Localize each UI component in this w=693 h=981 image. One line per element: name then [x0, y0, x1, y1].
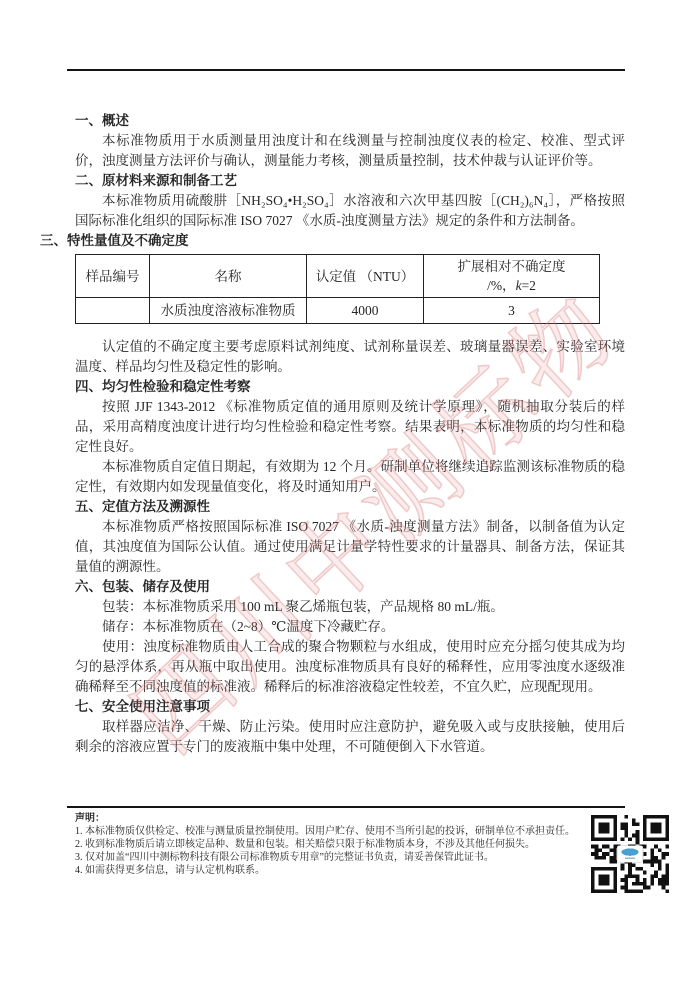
top-rule [67, 69, 625, 71]
characteristic-value-table: 样品编号 名称 认定值 （NTU） 扩展相对不确定度 /%，k=2 水质浊度溶液… [75, 254, 600, 324]
table-header-uncertainty-line2: /%，k=2 [426, 276, 597, 295]
section-7-heading: 七、安全使用注意事项 [75, 697, 625, 717]
section-4-paragraph-2: 本标准物质自定值日期起，有效期为 12 个月。研制单位将继续追踪监测该标准物质的… [75, 457, 625, 497]
section-4-heading: 四、均匀性检验和稳定性考察 [75, 377, 625, 397]
section-3-paragraph: 认定值的不确定度主要考虑原料试剂纯度、试剂称量误差、玻璃量器误差、实验室环境温度… [75, 337, 625, 377]
section-2-paragraph: 本标准物质用硫酸肼［NH₂SO₄•H₂SO₄］水溶液和六次甲基四胺［(CH₂)₆… [75, 191, 625, 231]
document-body: 一、概述 本标准物质用于水质测量用浊度计和在线测量与控制浊度仪表的检定、校准、型… [75, 111, 625, 757]
qr-code [591, 815, 669, 893]
statement-label: 声明： [75, 812, 597, 825]
section-5-paragraph: 本标准物质严格按照国际标准 ISO 7027 《水质-浊度测量方法》制备，以制备… [75, 517, 625, 577]
table-header-uncertainty: 扩展相对不确定度 /%，k=2 [424, 255, 600, 298]
section-6-heading: 六、包装、储存及使用 [75, 577, 625, 597]
cell-uncertainty: 3 [424, 298, 600, 324]
table-header-certified-value: 认定值 （NTU） [307, 255, 424, 298]
statement-note-4: 4. 如需获得更多信息，请与认定机构联系。 [75, 864, 597, 877]
statement-note-1: 1. 本标准物质仅供检定、校准与测量质量控制使用。因用户贮存、使用不当所引起的投… [75, 825, 597, 838]
section-3-heading: 三、特性量值及不确定度 [40, 231, 625, 251]
table-header-name: 名称 [150, 255, 307, 298]
cell-certified-value: 4000 [307, 298, 424, 324]
table-header-row: 样品编号 名称 认定值 （NTU） 扩展相对不确定度 /%，k=2 [76, 255, 600, 298]
statement-note-2: 2. 收到标准物质后请立即核定品种、数量和包装。相关赔偿只限于标准物质本身，不涉… [75, 838, 597, 851]
section-2-heading: 二、原材料来源和制备工艺 [75, 171, 625, 191]
statement-block: 声明： 1. 本标准物质仅供检定、校准与测量质量控制使用。因用户贮存、使用不当所… [75, 812, 597, 877]
section-1-paragraph: 本标准物质用于水质测量用浊度计和在线测量与控制浊度仪表的检定、校准、型式评价，浊… [75, 131, 625, 171]
section-5-heading: 五、定值方法及溯源性 [75, 497, 625, 517]
statement-note-3: 3. 仅对加盖“四川中测标物科技有限公司标准物质专用章”的完整证书负责，请妥善保… [75, 851, 597, 864]
section-1-heading: 一、概述 [75, 111, 625, 131]
section-7-paragraph: 取样器应洁净、干燥、防止污染。使用时应注意防护，避免吸入或与皮肤接触，使用后剩余… [75, 717, 625, 757]
qr-center-logo [617, 846, 643, 862]
footer-rule [67, 806, 625, 808]
section-6-paragraph-usage: 使用：浊度标准物质由人工合成的聚合物颗粒与水组成，使用时应充分摇匀使其成为均匀的… [75, 637, 625, 697]
table-header-uncertainty-line1: 扩展相对不确定度 [426, 257, 597, 276]
section-6-paragraph-packaging: 包装：本标准物质采用 100 mL 聚乙烯瓶包装，产品规格 80 mL/瓶。 [75, 597, 625, 617]
table-row: 水质浊度溶液标准物质 4000 3 [76, 298, 600, 324]
table-header-sample-id: 样品编号 [76, 255, 150, 298]
section-4-paragraph-1: 按照 JJF 1343-2012 《标准物质定值的通用原则及统计学原理》，随机抽… [75, 397, 625, 457]
section-6-paragraph-storage: 储存：本标准物质在（2~8）℃温度下冷藏贮存。 [75, 617, 625, 637]
cell-name: 水质浊度溶液标准物质 [150, 298, 307, 324]
cell-sample-id [76, 298, 150, 324]
